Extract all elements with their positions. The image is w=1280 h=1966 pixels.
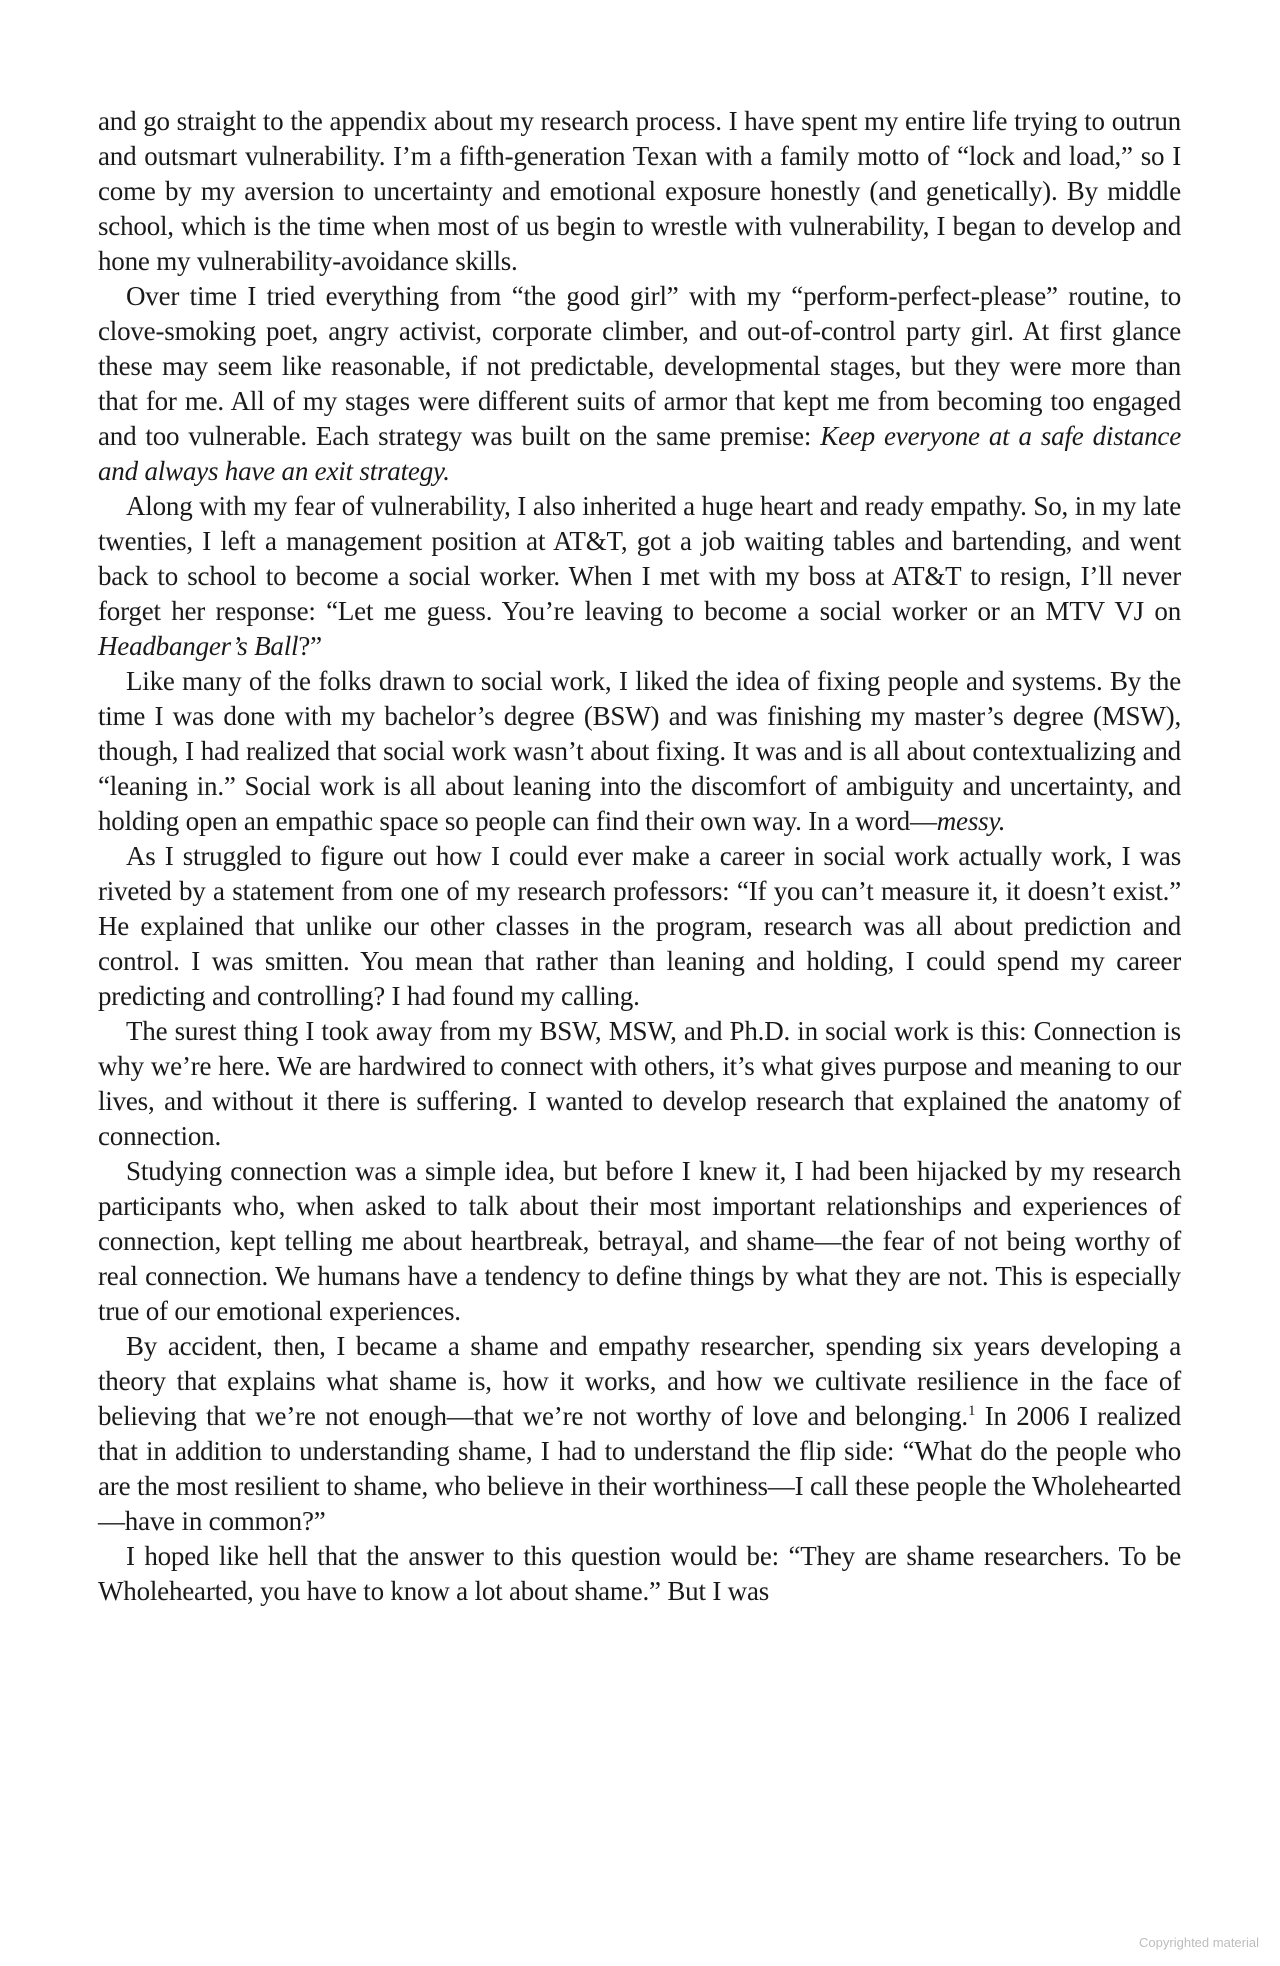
- paragraph: Like many of the folks drawn to social w…: [98, 664, 1181, 839]
- text-run: Along with my fear of vulnerability, I a…: [98, 491, 1181, 626]
- text-run: The surest thing I took away from my BSW…: [98, 1016, 1181, 1151]
- text-run: As I struggled to figure out how I could…: [98, 841, 1181, 1011]
- paragraph: I hoped like hell that the answer to thi…: [98, 1539, 1181, 1609]
- book-page: and go straight to the appendix about my…: [98, 104, 1181, 1609]
- italic-text: messy.: [937, 806, 1006, 836]
- paragraph: Over time I tried everything from “the g…: [98, 279, 1181, 489]
- text-run: and go straight to the appendix about my…: [98, 106, 1181, 276]
- text-run: Like many of the folks drawn to social w…: [98, 666, 1181, 836]
- paragraph: Studying connection was a simple idea, b…: [98, 1154, 1181, 1329]
- paragraph: The surest thing I took away from my BSW…: [98, 1014, 1181, 1154]
- paragraph: As I struggled to figure out how I could…: [98, 839, 1181, 1014]
- italic-text: Headbanger’s Ball: [98, 631, 298, 661]
- copyright-watermark: Copyrighted material: [1139, 1935, 1259, 1950]
- paragraph: and go straight to the appendix about my…: [98, 104, 1181, 279]
- paragraph: Along with my fear of vulnerability, I a…: [98, 489, 1181, 664]
- text-run: ?”: [298, 631, 322, 661]
- text-run: Studying connection was a simple idea, b…: [98, 1156, 1181, 1326]
- paragraph: By accident, then, I became a shame and …: [98, 1329, 1181, 1539]
- text-run: I hoped like hell that the answer to thi…: [98, 1541, 1181, 1606]
